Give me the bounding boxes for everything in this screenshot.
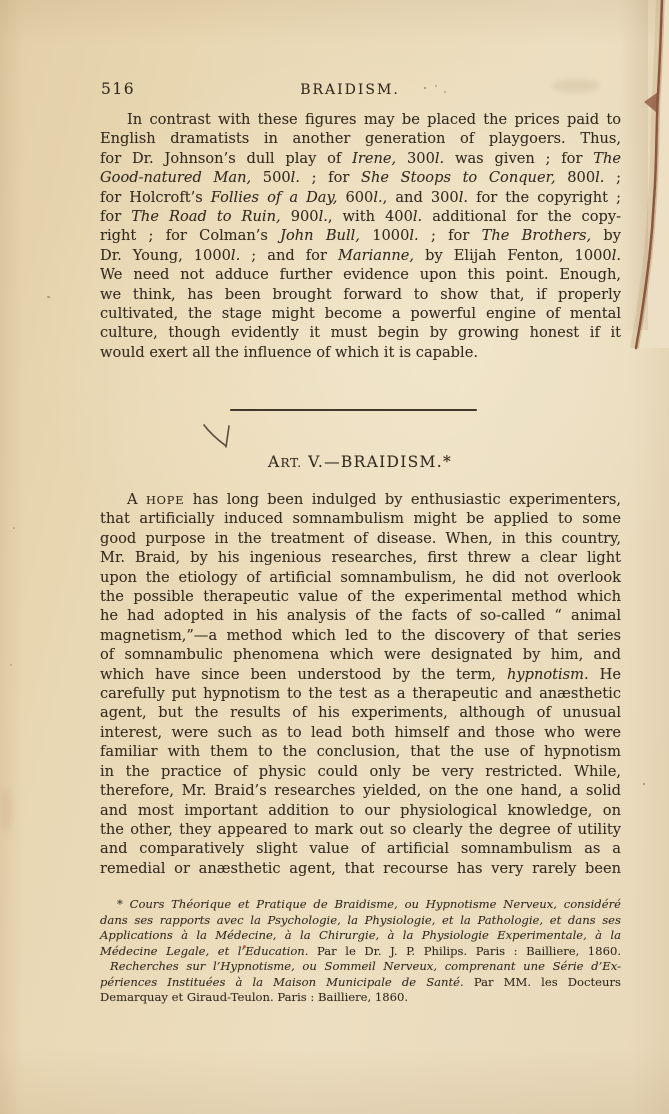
text-segment: we think, has been brought forward to sh… [100, 286, 621, 303]
text-segment: In contrast with these figures may be pl… [127, 111, 621, 128]
text-segment: Recherches sur l’Hypnotisme, ou Sommeil … [110, 959, 621, 973]
text-segment: Dr. Young, 1000 [100, 247, 231, 264]
text-segment: Irene, [352, 150, 396, 167]
text-segment: l. [231, 247, 240, 264]
text-line: We need not adduce further evidence upon… [100, 265, 621, 284]
paper-speck [643, 783, 645, 785]
text-line: that artificially induced somnambulism m… [100, 509, 621, 528]
text-segment: Follies of a Day, [211, 189, 338, 206]
text-segment: interest, were such as to lead both hims… [100, 724, 621, 741]
text-segment: for the copyright ; [468, 189, 621, 206]
text-segment: Applications à la Médecine, à la Chirurg… [100, 928, 621, 942]
text-line: périences Instituées à la Maison Municip… [100, 975, 621, 991]
text-segment: John Bull, [280, 227, 360, 244]
section-divider-rule [230, 409, 477, 411]
text-segment: l. [291, 169, 300, 186]
text-line: * Cours Théorique et Pratique de Braidis… [100, 897, 621, 913]
text-segment: Par MM. les Docteurs [464, 975, 621, 989]
text-segment: dans ses rapports avec la Psychologie, l… [100, 913, 621, 927]
text-segment: RT. [280, 456, 301, 470]
text-segment: Marianne, [338, 247, 414, 264]
text-segment: remedial or anæsthetic agent, that recou… [100, 860, 621, 877]
text-segment: for Holcroft’s [100, 189, 211, 206]
text-segment: V.—BRAIDISM.* [302, 453, 452, 471]
pen-checkmark [196, 417, 242, 453]
paper-speck [47, 296, 50, 298]
text-line: which have since been understood by the … [100, 665, 621, 684]
text-line: A HOPE has long been indulged by enthusi… [100, 490, 621, 509]
text-segment: familiar with them to the conclusion, th… [100, 743, 621, 760]
text-segment: ; [604, 169, 621, 186]
text-segment: in the practice of physic could only be … [100, 763, 621, 780]
text-segment: that artificially induced somnambulism m… [100, 510, 621, 527]
text-segment: A [268, 453, 281, 471]
text-segment: * [117, 897, 130, 911]
text-line: familiar with them to the conclusion, th… [100, 742, 621, 761]
text-line: would exert all the influence of which i… [100, 343, 621, 362]
text-line: for The Road to Ruin, 900l., with 400l. … [100, 207, 621, 226]
text-segment: for [100, 208, 131, 225]
footnote-references: * Cours Théorique et Pratique de Braidis… [100, 897, 621, 1006]
text-segment: A [127, 491, 146, 508]
text-segment: cultivated, the stage might become a pow… [100, 305, 621, 322]
text-segment: additional for the copy- [422, 208, 621, 225]
text-segment: therefore, Mr. Braid’s researches yielde… [100, 782, 621, 799]
paragraph-braidism-intro: A HOPE has long been indulged by enthusi… [100, 490, 621, 878]
text-line: In contrast with these figures may be pl… [100, 110, 621, 129]
text-segment: , with 400 [328, 208, 413, 225]
text-segment: 600 [337, 189, 373, 206]
text-segment: She Stoops to Conquer, [361, 169, 556, 186]
text-line: and most important addition to our physi… [100, 801, 621, 820]
paragraph-play-prices: In contrast with these figures may be pl… [100, 110, 621, 362]
text-line: Demarquay et Giraud-Teulon. Paris : Bail… [100, 990, 621, 1006]
text-segment: The [593, 150, 621, 167]
text-line: upon the etiology of artificial somnambu… [100, 568, 621, 587]
text-line: good purpose in the treatment of disease… [100, 529, 621, 548]
text-segment: by [591, 227, 621, 244]
text-segment: agent, but the results of his experiment… [100, 704, 621, 721]
text-segment: carefully put hypnotism to the test as a… [100, 685, 621, 702]
text-segment: right ; for Colman’s [100, 227, 280, 244]
text-segment: was given ; for [444, 150, 593, 167]
text-line: right ; for Colman’s John Bull, 1000l. ;… [100, 226, 621, 245]
text-segment: Par le Dr. J. P. Philips. Paris : Bailli… [308, 944, 621, 958]
running-title: BRAIDISM. [100, 82, 600, 98]
text-segment: good purpose in the treatment of disease… [100, 530, 621, 547]
text-line: culture, though evidently it must begin … [100, 323, 621, 342]
text-segment: 900 [281, 208, 319, 225]
text-segment: for Dr. Johnson’s dull play of [100, 150, 352, 167]
text-line: the possible therapeutic value of the ex… [100, 587, 621, 606]
text-segment: l. [435, 150, 444, 167]
text-segment: 1000 [360, 227, 409, 244]
text-segment: l. [319, 208, 328, 225]
text-segment: l. [612, 247, 621, 264]
text-segment: l. [409, 227, 418, 244]
text-segment: and most important addition to our physi… [100, 802, 621, 819]
text-segment: Médecine Legale, et l’Education. [100, 944, 308, 958]
text-segment: Cours Théorique et Pratique de Braidisme… [130, 897, 621, 911]
text-line: Recherches sur l’Hypnotisme, ou Sommeil … [100, 959, 621, 975]
text-segment: which have since been understood by the … [100, 666, 507, 683]
text-segment: of somnambulic phenomena which were desi… [100, 646, 621, 663]
text-segment: has long been indulged by enthusiastic e… [184, 491, 621, 508]
text-line: carefully put hypnotism to the test as a… [100, 684, 621, 703]
text-segment: would exert all the influence of which i… [100, 344, 478, 361]
paper-smudge [0, 788, 12, 832]
text-line: of somnambulic phenomena which were desi… [100, 645, 621, 664]
text-segment: hypnotism [507, 666, 584, 683]
text-segment: . He [584, 666, 621, 683]
text-segment: 500 [251, 169, 291, 186]
text-segment: 300 [396, 150, 435, 167]
text-segment: the other, they appeared to mark out so … [100, 821, 621, 838]
text-segment: upon the etiology of artificial somnambu… [100, 569, 621, 586]
article-heading: ART. V.—BRAIDISM.* [100, 452, 620, 473]
text-line: cultivated, the stage might become a pow… [100, 304, 621, 323]
text-segment: culture, though evidently it must begin … [100, 324, 621, 341]
text-segment: by Elijah Fenton, 1000 [414, 247, 612, 264]
text-line: Applications à la Médecine, à la Chirurg… [100, 928, 621, 944]
text-line: Dr. Young, 1000l. ; and for Marianne, by… [100, 246, 621, 265]
text-line: Médecine Legale, et l’Education. Par le … [100, 944, 621, 960]
text-line: for Holcroft’s Follies of a Day, 600l., … [100, 188, 621, 207]
text-line: for Dr. Johnson’s dull play of Irene, 30… [100, 149, 621, 168]
text-segment: and comparatively slight value of artifi… [100, 840, 621, 857]
text-line: Good-natured Man, 500l. ; for She Stoops… [100, 168, 621, 187]
text-segment: HOPE [146, 493, 184, 507]
text-line: agent, but the results of his experiment… [100, 703, 621, 722]
text-segment: , and 300 [383, 189, 459, 206]
book-page: 516 BRAIDISM. In contrast with these fig… [0, 0, 669, 1114]
text-line: he had adopted in his analysis of the fa… [100, 606, 621, 625]
text-segment: he had adopted in his analysis of the fa… [100, 607, 621, 624]
text-segment: ; for [300, 169, 361, 186]
text-segment: Mr. Braid, by his ingenious researches, … [100, 549, 621, 566]
text-line: ART. V.—BRAIDISM.* [100, 452, 620, 473]
text-segment: Good-natured Man, [100, 169, 251, 186]
paper-speck [10, 664, 12, 666]
text-line: we think, has been brought forward to sh… [100, 285, 621, 304]
text-line: English dramatists in another generation… [100, 129, 621, 148]
text-segment: ; for [419, 227, 482, 244]
text-segment: périences Instituées à la Maison Municip… [100, 975, 464, 989]
text-line: magnetism,”—a method which led to the di… [100, 626, 621, 645]
text-segment: English dramatists in another generation… [100, 130, 621, 147]
text-segment: We need not adduce further evidence upon… [100, 266, 621, 283]
text-segment: Demarquay et Giraud-Teulon. Paris : Bail… [100, 990, 408, 1004]
paper-speck [13, 527, 15, 529]
text-segment: The Road to Ruin, [131, 208, 280, 225]
text-line: dans ses rapports avec la Psychologie, l… [100, 913, 621, 929]
text-segment: l. [413, 208, 422, 225]
text-line: the other, they appeared to mark out so … [100, 820, 621, 839]
text-segment: l. [373, 189, 382, 206]
text-line: interest, were such as to lead both hims… [100, 723, 621, 742]
text-line: therefore, Mr. Braid’s researches yielde… [100, 781, 621, 800]
text-line: in the practice of physic could only be … [100, 762, 621, 781]
text-segment: ; and for [240, 247, 338, 264]
text-segment: The Brothers, [482, 227, 592, 244]
page-curl-shadow [618, 0, 648, 330]
text-line: Mr. Braid, by his ingenious researches, … [100, 548, 621, 567]
text-segment: magnetism,”—a method which led to the di… [100, 627, 621, 644]
text-line: and comparatively slight value of artifi… [100, 839, 621, 858]
text-segment: l. [459, 189, 468, 206]
text-line: remedial or anæsthetic agent, that recou… [100, 859, 621, 878]
text-segment: 800 [556, 169, 596, 186]
text-segment: the possible therapeutic value of the ex… [100, 588, 621, 605]
